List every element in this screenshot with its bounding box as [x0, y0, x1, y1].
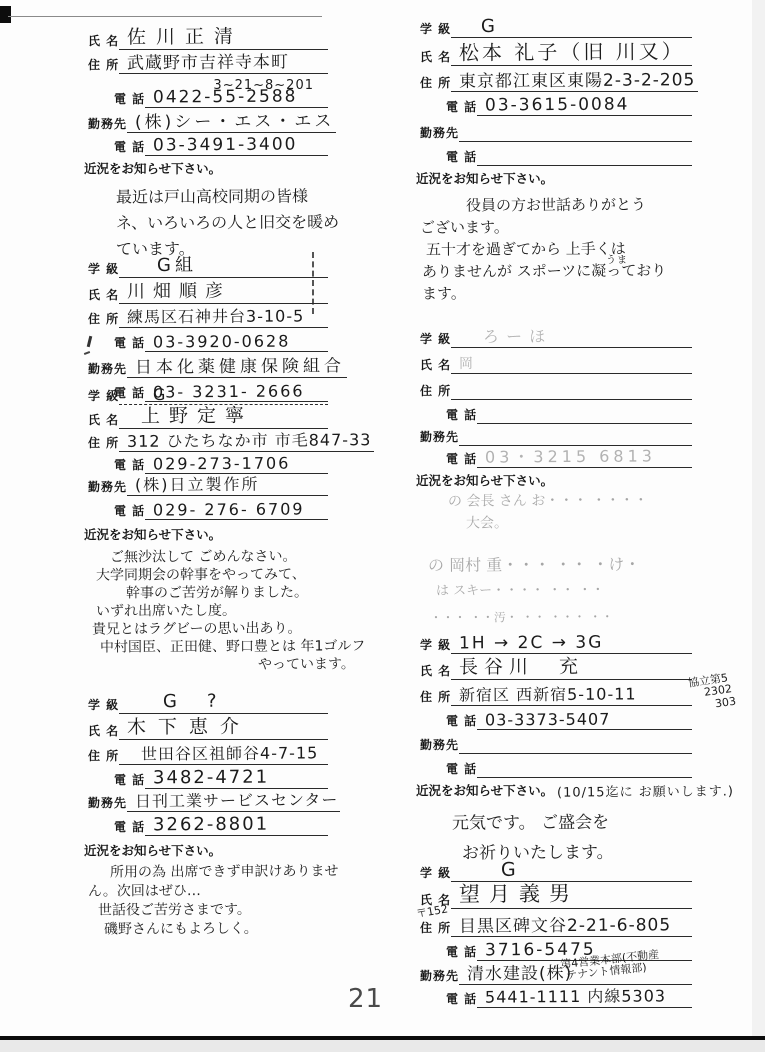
- workplace-row: 勤務先 日刊工業サービスセンター: [88, 789, 328, 812]
- name-label: 氏 名: [420, 662, 451, 680]
- phone-label: 電 話: [114, 90, 145, 108]
- phone-row: 電 話 029-273-1706: [88, 452, 328, 474]
- work-phone-value: 03・3215 6813: [485, 443, 656, 467]
- class-row: 学 級 ろ ー ほ: [420, 326, 692, 348]
- scan-artifact-bottom-gray: [0, 1040, 765, 1052]
- workplace-value: 清水建設(株): [467, 959, 572, 985]
- address-label: 住 所: [420, 382, 451, 400]
- note-line: ます。: [420, 281, 692, 304]
- note-line: の 岡村 重・・・ ・・ ・け・: [428, 551, 728, 579]
- note-line: 大学同期会の幹事をやってみて、: [88, 565, 328, 584]
- work-phone-label: 電 話: [114, 502, 145, 520]
- name-underline: 長谷川 充: [451, 652, 692, 680]
- name-row: 氏 名 上野定寧: [88, 405, 328, 429]
- phone-underline: [477, 423, 692, 424]
- address-row-2: 3~21~8~201: [88, 74, 328, 87]
- address-underline: 武蔵野市吉祥寺本町: [119, 48, 328, 74]
- address-label: 住 所: [420, 919, 451, 937]
- form-entry-right-4: 学 級 G 氏 名 望月義男 〒152 住 所 目黒区碑文谷2-21-6-805…: [420, 860, 692, 1008]
- news-row: 近況をお知らせ下さい。: [84, 836, 328, 860]
- workplace-label: 勤務先: [420, 428, 459, 446]
- news-label: 近況をお知らせ下さい。: [416, 471, 553, 490]
- note-line: の 会長 さん お・・・ ・・・・: [420, 489, 692, 512]
- workplace-value: 日刊工業サービスセンター: [135, 787, 339, 811]
- class-label: 学 級: [420, 864, 451, 882]
- news-notes: 所用の為 出席できず申訳けありませ ん。次回はぜひ… 世話役ご苦労さまです。 磯…: [88, 863, 328, 939]
- note-line: 所用の為 出席できず申訳けありませ: [88, 862, 328, 882]
- note-line: 世話役ご苦労さまです。: [88, 900, 328, 920]
- name-underline: 上野定寧: [119, 401, 328, 429]
- name-row: 氏 名 木下恵介: [88, 714, 328, 740]
- work-phone-label: 電 話: [446, 990, 477, 1008]
- stray-faint-note: の 岡村 重・・・ ・・ ・け・ は スキー・・・・ ・・ ・・ ・・・ ・・汚…: [428, 552, 728, 630]
- note-line: ん。次回はぜひ…: [88, 881, 328, 901]
- class-row: 学 級 G ?: [88, 692, 328, 714]
- address-row: 住 所 新宿区 西新宿5-10-11 協立第5 2302 303: [420, 680, 692, 706]
- news-label: 近況をお知らせ下さい。: [84, 159, 221, 178]
- class-underline: G組: [119, 251, 328, 278]
- address-label: 住 所: [420, 688, 451, 706]
- work-phone-row: 電 話: [420, 142, 692, 166]
- address-label: 住 所: [88, 747, 119, 765]
- class-row: 学 級 1H → 2C → 3G: [420, 632, 692, 654]
- name-row: 氏 名 佐川正清: [88, 20, 328, 50]
- workplace-underline: [459, 141, 692, 142]
- note-line: 貴兄とはラグビーの思い出あり。: [88, 619, 328, 638]
- note-line: いずれ出席いたし度。: [88, 601, 328, 620]
- phone-value: 03-3615-0084: [485, 94, 630, 115]
- name-label: 氏 名: [88, 286, 119, 304]
- workplace-underline: 日本化薬健康保険組合: [127, 352, 347, 378]
- note-line: ・・・ ・・汚・ ・・ ・・・ ・・: [428, 603, 728, 631]
- work-phone-underline: 03-3491-3400: [145, 135, 328, 156]
- address-value: 練馬区石神井台3-10-5: [127, 303, 304, 327]
- phone-underline: 0422-55-2588: [145, 87, 328, 108]
- news-notes: ご無沙汰して ごめんなさい。 大学同期会の幹事をやってみて、 幹事のご苦労が解り…: [88, 548, 328, 674]
- address-row: 住 所 練馬区石神井台3-10-5: [88, 304, 328, 328]
- note-line: ネ、いろいろの人と旧交を暖め: [116, 209, 328, 236]
- form-entry-left-3: 学 級 G 氏 名 上野定寧 住 所 312 ひたちなか市 市毛847-33 電…: [88, 385, 328, 674]
- phone-row: 電 話 03-3920-0628: [88, 328, 328, 352]
- workplace-label: 勤務先: [88, 115, 127, 133]
- phone-value: 029-273-1706: [153, 454, 290, 474]
- address-underline: 312 ひたちなか市 市毛847-33: [119, 428, 373, 452]
- work-phone-label: 電 話: [446, 450, 477, 468]
- address-value: 目黒区碑文谷2-21-6-805: [459, 910, 671, 936]
- phone-row: 電 話: [420, 400, 692, 424]
- news-deadline-note: (10/15迄に お願いします.): [557, 780, 734, 800]
- name-value: 松本 礼子（旧 川又）: [459, 35, 685, 66]
- news-label: 近況をお知らせ下さい。: [416, 169, 553, 188]
- workplace-label: 勤務先: [420, 124, 459, 142]
- work-phone-label: 電 話: [446, 148, 477, 166]
- phone-label: 電 話: [114, 771, 145, 789]
- work-phone-row: 電 話: [420, 754, 692, 778]
- workplace-row: 勤務先 (株)日立製作所: [88, 474, 328, 496]
- address-underline: 世田谷区祖師谷4-7-15: [119, 741, 328, 765]
- news-row: 近況をお知らせ下さい。: [416, 166, 692, 188]
- phone-label: 電 話: [114, 334, 145, 352]
- name-row: 氏 名 松本 礼子（旧 川又）: [420, 38, 692, 66]
- name-value: 長谷川 充: [459, 652, 584, 680]
- news-row: 近況をお知らせ下さい。: [84, 156, 328, 178]
- note-line: 役員の方お世話ありがとう: [420, 193, 692, 216]
- phone-row: 電 話 03-3615-0084: [420, 92, 692, 116]
- form-entry-right-1: 学 級 G 氏 名 松本 礼子（旧 川又） 住 所 東京都江東区東陽2-3-2-…: [420, 16, 692, 304]
- name-label: 氏 名: [420, 356, 451, 374]
- name-underline: 川畑順彦: [119, 277, 328, 304]
- work-phone-row: 電 話 5441-1111 内線5303: [420, 985, 692, 1008]
- name-value: 川畑順彦: [127, 277, 231, 304]
- news-row: 近況をお知らせ下さい。: [84, 520, 328, 544]
- address-underline: [451, 399, 692, 400]
- workplace-underline: (株)シー・エス・エス: [127, 107, 336, 133]
- workplace-underline: 日刊工業サービスセンター: [127, 788, 340, 812]
- news-notes: の 会長 さん お・・・ ・・・・ 大会。: [420, 490, 692, 534]
- class-value: G: [459, 16, 496, 37]
- work-phone-row: 電 話 03・3215 6813: [420, 446, 692, 468]
- class-label: 学 級: [88, 696, 119, 714]
- phone-underline: 3482-4721: [145, 767, 328, 789]
- name-row: 氏 名 長谷川 充: [420, 654, 692, 680]
- name-underline: 望月義男: [451, 878, 692, 909]
- name-row: 氏 名 岡: [420, 348, 692, 374]
- address-label: 住 所: [420, 74, 451, 92]
- class-value: 1H → 2C → 3G: [459, 632, 604, 653]
- work-phone-value: 5441-1111 内線5303: [485, 983, 666, 1007]
- form-entry-right-3: 学 級 1H → 2C → 3G 氏 名 長谷川 充 住 所 新宿区 西新宿5-…: [420, 632, 692, 868]
- furigana-note: うま: [606, 250, 628, 272]
- work-phone-underline: 5441-1111 内線5303: [477, 984, 692, 1008]
- class-underline: ろ ー ほ: [451, 324, 692, 348]
- class-value: G組: [127, 251, 197, 277]
- address-row: 住 所 312 ひたちなか市 市毛847-33: [88, 429, 328, 452]
- address-annotation-3: 303: [714, 695, 737, 711]
- workplace-row: 勤務先: [420, 730, 692, 754]
- phone-underline: 03-3920-0628: [145, 332, 328, 352]
- note-line: 幹事のご苦労が解りました。: [88, 583, 328, 602]
- address-value: 新宿区 西新宿5-10-11: [459, 681, 637, 705]
- workplace-row: 勤務先 日本化薬健康保険組合: [88, 352, 328, 378]
- phone-row: 電 話 03-3373-5407: [420, 706, 692, 730]
- phone-value: 03-3920-0628: [153, 332, 290, 352]
- name-value: 佐川正清: [127, 22, 243, 50]
- news-label: 近況をお知らせ下さい。: [416, 781, 553, 800]
- work-phone-value: 3262-8801: [153, 814, 269, 836]
- workplace-label: 勤務先: [88, 360, 127, 378]
- address-row: 住 所 武蔵野市吉祥寺本町: [88, 50, 328, 74]
- workplace-underline: (株)日立製作所: [127, 472, 328, 496]
- name-underline: 佐川正清: [119, 22, 328, 50]
- phone-value: 3482-4721: [153, 767, 269, 789]
- address-value: 武蔵野市吉祥寺本町: [127, 47, 289, 73]
- note-line: 中村国臣、正田健、野口豊とは 年1ゴルフ: [88, 637, 328, 656]
- phone-label: 電 話: [446, 406, 477, 424]
- name-underline: 木下恵介: [119, 712, 328, 740]
- work-phone-underline: [477, 165, 692, 166]
- class-label: 学 級: [420, 330, 451, 348]
- work-phone-underline: 3262-8801: [145, 814, 328, 836]
- address-row: 住 所: [420, 374, 692, 400]
- address-value: 世田谷区祖師谷4-7-15: [127, 740, 318, 764]
- workplace-row: 勤務先: [420, 116, 692, 142]
- news-row: 近況をお知らせ下さい。 (10/15迄に お願いします.): [416, 778, 692, 800]
- news-label: 近況をお知らせ下さい。: [84, 525, 221, 544]
- phone-underline: 03-3615-0084: [477, 95, 692, 116]
- name-label: 氏 名: [88, 411, 119, 429]
- class-row: 学 級 G組: [88, 252, 328, 278]
- workplace-underline: [459, 753, 692, 754]
- workplace-row: 勤務先 清水建設(株) 第4営業本部(不動産 テナント情報部): [420, 961, 692, 985]
- class-label: 学 級: [88, 387, 119, 405]
- address-underline: 東京都江東区東陽2-3-2-205: [451, 66, 697, 92]
- phone-value: 0422-55-2588: [153, 86, 298, 107]
- work-phone-underline: [477, 777, 692, 778]
- name-value: 木下恵介: [127, 712, 251, 740]
- name-value: 上野定寧: [127, 401, 253, 429]
- phone-label: 電 話: [446, 712, 477, 730]
- class-label: 学 級: [88, 260, 119, 278]
- workplace-value: (株)日立製作所: [135, 472, 260, 496]
- address-underline: 目黒区碑文谷2-21-6-805: [451, 911, 692, 937]
- note-line: やっています。: [88, 655, 328, 674]
- name-underline: 松本 礼子（旧 川又）: [451, 36, 692, 66]
- workplace-label: 勤務先: [88, 478, 127, 496]
- workplace-label: 勤務先: [420, 967, 459, 985]
- address-row: 住 所 世田谷区祖師谷4-7-15: [88, 740, 328, 765]
- phone-value: 03-3373-5407: [485, 710, 610, 730]
- work-phone-row: 電 話 029- 276- 6709: [88, 496, 328, 520]
- address-label: 住 所: [88, 310, 119, 328]
- name-row: 氏 名 川畑順彦: [88, 278, 328, 304]
- note-line: 磯野さんにもよろしく。: [88, 919, 328, 939]
- name-row: 氏 名 望月義男: [420, 882, 692, 909]
- workplace-label: 勤務先: [88, 794, 127, 812]
- news-label: 近況をお知らせ下さい。: [84, 841, 221, 860]
- work-phone-underline: 03・3215 6813: [477, 444, 692, 468]
- form-entry-right-2: 学 級 ろ ー ほ 氏 名 岡 住 所 電 話 勤務先 電 話 03・3215 …: [420, 326, 692, 534]
- name-label: 氏 名: [88, 722, 119, 740]
- class-label: 学 級: [420, 636, 451, 654]
- name-label: 氏 名: [420, 48, 451, 66]
- form-entry-left-2: 学 級 G組 氏 名 川畑順彦 住 所 練馬区石神井台3-10-5 電 話 03…: [88, 252, 328, 402]
- news-notes: 役員の方お世話ありがとう ございます。 五十才を過ぎてから 上手くは ありません…: [420, 194, 692, 304]
- address-underline: 新宿区 西新宿5-10-11: [451, 682, 692, 706]
- work-phone-row: 電 話 03-3491-3400: [88, 133, 328, 156]
- scanned-alumni-contact-form-page: { "page": { "number": "21" }, "labels": …: [0, 0, 765, 1052]
- work-phone-value: 029- 276- 6709: [153, 499, 305, 519]
- address-row: 住 所 東京都江東区東陽2-3-2-205: [420, 66, 692, 92]
- note-line: は スキー・・・・ ・・ ・・: [428, 577, 728, 605]
- phone-label: 電 話: [446, 98, 477, 116]
- class-label: 学 級: [420, 20, 451, 38]
- note-line: 大会。: [420, 511, 692, 534]
- workplace-value: (株)シー・エス・エス: [135, 106, 334, 132]
- work-phone-underline: 029- 276- 6709: [145, 500, 328, 520]
- address-value: 312 ひたちなか市 市毛847-33: [127, 427, 372, 452]
- name-underline: 岡: [451, 353, 692, 374]
- note-line: ございます。: [420, 215, 692, 238]
- page-number: 21: [348, 984, 383, 1014]
- note-line: ご無沙汰して ごめんなさい。: [88, 547, 328, 566]
- phone-row: 電 話 0422-55-2588: [88, 87, 328, 108]
- work-phone-label: 電 話: [114, 818, 145, 836]
- address-label: 住 所: [88, 434, 119, 452]
- class-underline: G ?: [119, 687, 328, 714]
- class-value: ろ ー ほ: [459, 324, 546, 348]
- phone-row: 電 話 3482-4721: [88, 765, 328, 789]
- note-line: 五十才を過ぎてから 上手くは: [420, 237, 692, 260]
- form-entry-left-1: 氏 名 佐川正清 住 所 武蔵野市吉祥寺本町 3~21~8~201 電 話 04…: [88, 20, 328, 262]
- name-value: 岡: [459, 353, 474, 373]
- work-phone-label: 電 話: [446, 760, 477, 778]
- scan-artifact-right-band: [752, 0, 765, 1040]
- address-value: 東京都江東区東陽2-3-2-205: [459, 65, 695, 92]
- scan-artifact-corner-black-box: [0, 6, 11, 23]
- address-label: 住 所: [88, 56, 119, 74]
- address-row: 〒152 住 所 目黒区碑文谷2-21-6-805: [420, 909, 692, 937]
- note-line: 最近は戸山高校同期の皆様: [116, 183, 328, 210]
- class-value: G ?: [127, 687, 223, 714]
- work-phone-value: 03-3491-3400: [153, 134, 298, 155]
- work-phone-label: 電 話: [114, 138, 145, 156]
- name-value: 望月義男: [459, 878, 579, 909]
- scan-artifact-top-line: [8, 16, 322, 17]
- note-line: 元気です。 ご盛会を: [420, 807, 692, 838]
- address-underline: 練馬区石神井台3-10-5: [119, 304, 328, 328]
- form-entry-left-4: 学 級 G ? 氏 名 木下恵介 住 所 世田谷区祖師谷4-7-15 電 話 3…: [88, 692, 328, 939]
- workplace-value: 日本化薬健康保険組合: [135, 351, 345, 377]
- work-phone-row: 電 話 3262-8801: [88, 812, 328, 836]
- news-row: 近況をお知らせ下さい。: [416, 468, 692, 490]
- workplace-row: 勤務先 (株)シー・エス・エス: [88, 108, 328, 133]
- workplace-label: 勤務先: [420, 736, 459, 754]
- phone-underline: 03-3373-5407: [477, 710, 692, 730]
- note-line: ありませんが スポーツに凝っており: [420, 259, 692, 282]
- name-label: 氏 名: [88, 32, 119, 50]
